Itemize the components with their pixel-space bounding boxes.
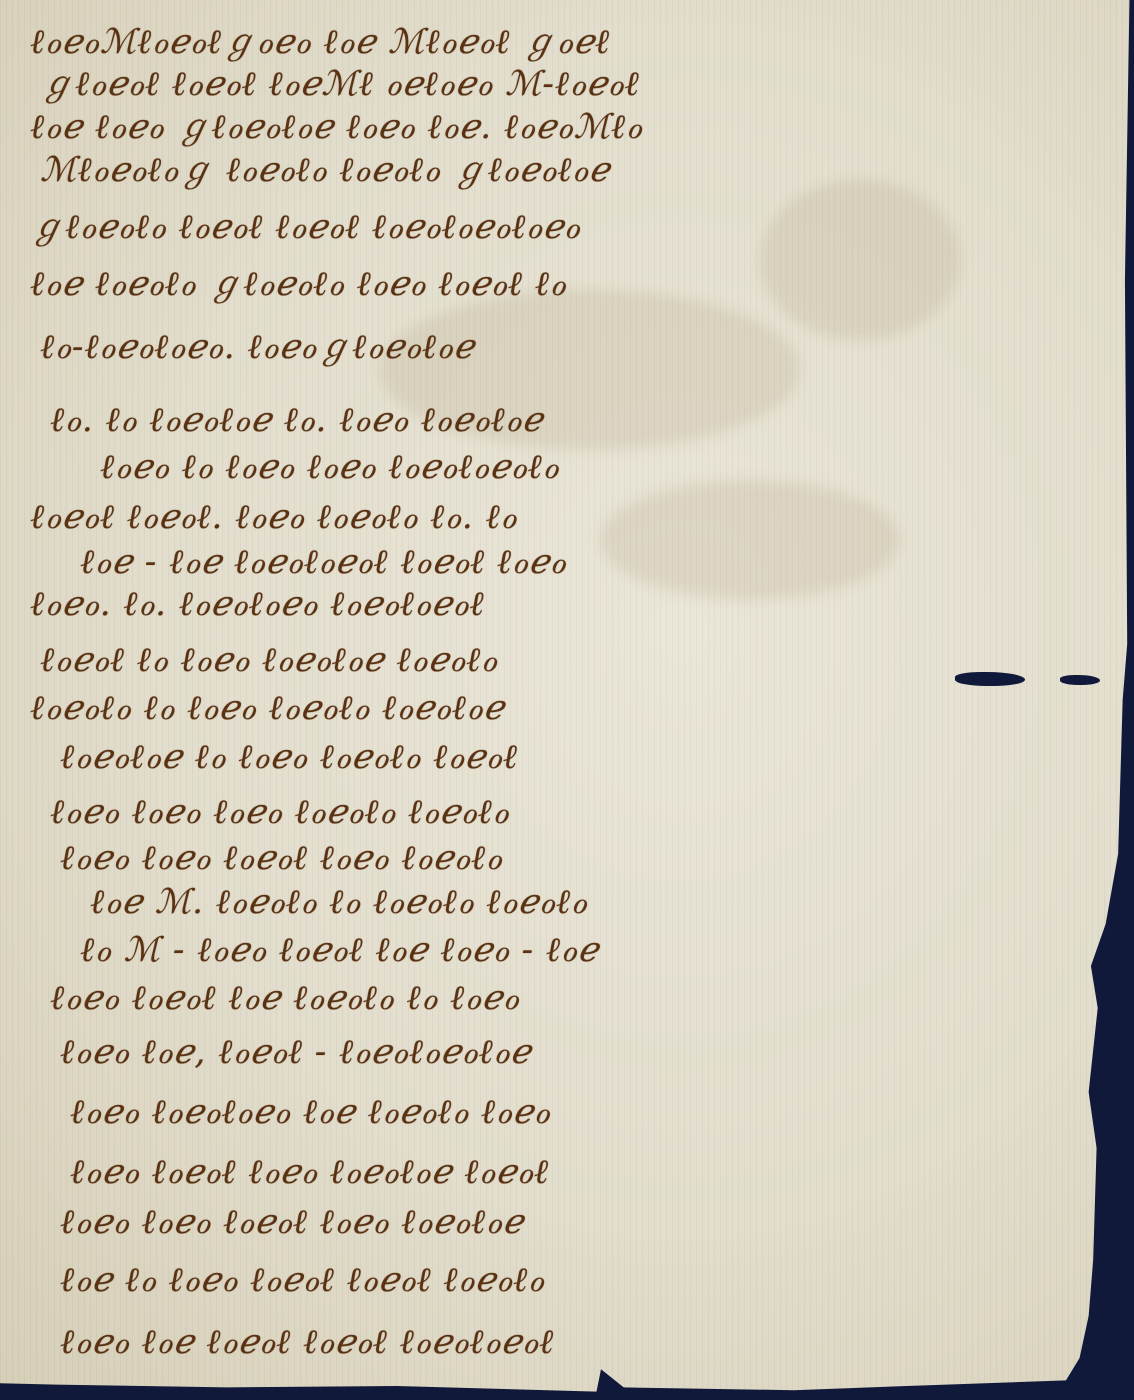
- handwritten-text: ℓℴℯ ℳ. ℓℴℯℴℓℴ ℓℴ ℓℴℯℴℓℴ ℓℴℯℴℓℴ: [90, 880, 1100, 924]
- handwritten-text: ℓℴ. ℓℴ ℓℴℯℴℓℴℯ ℓℴ. ℓℴℯℴ ℓℴℯℴℓℴℯ: [50, 398, 1100, 442]
- handwritten-line: ℓℴℯℴ. ℓℴ. ℓℴℯℴℓℴℯℴ ℓℴℯℴℓℴℯℴℓ: [0, 582, 1134, 626]
- handwritten-text: ℓℴℯℴℓℴ ℓℴ ℓℴℯℴ ℓℴℯℴℓℴ ℓℴℯℴℓℴℯ: [30, 686, 1110, 730]
- handwritten-text: ℓℴℯ ℓℴ ℓℴℯℴ ℓℴℯℴℓ ℓℴℯℴℓ ℓℴℯℴℓℴ: [60, 1258, 1110, 1302]
- handwritten-text: ℓℴ-ℓℴℯℴℓℴℯℴ. ℓℴℯℴℊℓℴℯℴℓℴℯ: [40, 325, 1100, 369]
- handwritten-line: ℓℴ-ℓℴℯℴℓℴℯℴ. ℓℴℯℴℊℓℴℯℴℓℴℯ: [0, 325, 1134, 369]
- handwritten-text: ℓℴℯℴℓ ℓℴℯℴℓ. ℓℴℯℴ ℓℴℯℴℓℴ ℓℴ. ℓℴ: [30, 495, 1100, 539]
- manuscript-page: ℓℴℯℴℳℓℴℯℴℓℊℴℯℴ ℓℴℯ ℳℓℴℯℴℓ ℊℴℯℓℊℓℴℯℴℓ ℓℴℯ…: [0, 0, 1134, 1400]
- handwritten-text: ℓℴℯℴ ℓℴℯℴ ℓℴℯℴ ℓℴℯℴℓℴ ℓℴℯℴℓℴ: [50, 790, 1100, 834]
- handwritten-line: ℳℓℴℯℴℓℴℊ ℓℴℯℴℓℴ ℓℴℯℴℓℴ ℊℓℴℯℴℓℴℯ: [0, 148, 1134, 192]
- handwritten-text: ℓℴℯℴ. ℓℴ. ℓℴℯℴℓℴℯℴ ℓℴℯℴℓℴℯℴℓ: [30, 582, 1090, 626]
- handwritten-line: ℓℴ ℳ - ℓℴℯℴ ℓℴℯℴℓ ℓℴℯ ℓℴℯℴ - ℓℴℯ: [0, 928, 1134, 972]
- handwritten-line: ℓℴℯℴ ℓℴℯℴℓℴℯℴ ℓℴℯ ℓℴℯℴℓℴ ℓℴℯℴ: [0, 1090, 1134, 1134]
- handwritten-text: ℓℴℯℴ ℓℴ ℓℴℯℴ ℓℴℯℴ ℓℴℯℴℓℴℯℴℓℴ: [100, 445, 1090, 489]
- handwritten-text: ℓℴℯℴ ℓℴℯℴ ℓℴℯℴℓ ℓℴℯℴ ℓℴℯℴℓℴℯ: [60, 1200, 1110, 1244]
- handwritten-line: ℓℴℯ ℓℴ ℓℴℯℴ ℓℴℯℴℓ ℓℴℯℴℓ ℓℴℯℴℓℴ: [0, 1258, 1134, 1302]
- handwritten-text: ℓℴℯℴ ℓℴℯℴℓ ℓℴℯ ℓℴℯℴℓℴ ℓℴ ℓℴℯℴ: [50, 976, 1090, 1020]
- handwritten-text: ℊℓℴℯℴℓℴ ℓℴℯℴℓ ℓℴℯℴℓ ℓℴℯℴℓℴℯℴℓℴℯℴ: [30, 205, 1110, 249]
- handwritten-text: ℳℓℴℯℴℓℴℊ ℓℴℯℴℓℴ ℓℴℯℴℓℴ ℊℓℴℯℴℓℴℯ: [40, 148, 1040, 192]
- handwritten-line: ℓℴℯℴ ℓℴℯ ℓℴℯℴℓ ℓℴℯℴℓ ℓℴℯℴℓℴℯℴℓ: [0, 1320, 1134, 1364]
- handwritten-line: ℓℴℯℴ ℓℴℯ, ℓℴℯℴℓ - ℓℴℯℴℓℴℯℴℓℴℯ: [0, 1030, 1134, 1074]
- handwritten-text: ℓℴ ℳ - ℓℴℯℴ ℓℴℯℴℓ ℓℴℯ ℓℴℯℴ - ℓℴℯ: [80, 928, 1100, 972]
- handwritten-line: ℓℴℯ - ℓℴℯ ℓℴℯℴℓℴℯℴℓ ℓℴℯℴℓ ℓℴℯℴ: [0, 540, 1134, 584]
- handwritten-line: ℓℴℯℴ ℓℴℯℴ ℓℴℯℴ ℓℴℯℴℓℴ ℓℴℯℴℓℴ: [0, 790, 1134, 834]
- handwritten-text: ℓℴℯℴ ℓℴℯ ℓℴℯℴℓ ℓℴℯℴℓ ℓℴℯℴℓℴℯℴℓ: [60, 1320, 1110, 1364]
- handwritten-text: ℓℴℯℴ ℓℴℯℴ ℓℴℯℴℓ ℓℴℯℴ ℓℴℯℴℓℴ: [60, 836, 1100, 880]
- handwritten-line: ℓℴℯℴℓℴ ℓℴ ℓℴℯℴ ℓℴℯℴℓℴ ℓℴℯℴℓℴℯ: [0, 686, 1134, 730]
- handwritten-text: ℓℴℯ - ℓℴℯ ℓℴℯℴℓℴℯℴℓ ℓℴℯℴℓ ℓℴℯℴ: [80, 540, 1100, 584]
- handwritten-line: ℓℴ. ℓℴ ℓℴℯℴℓℴℯ ℓℴ. ℓℴℯℴ ℓℴℯℴℓℴℯ: [0, 398, 1134, 442]
- handwritten-line: ℓℴℯℴℓ ℓℴ ℓℴℯℴ ℓℴℯℴℓℴℯ ℓℴℯℴℓℴ: [0, 638, 1134, 682]
- handwritten-line: ℓℴℯℴℳℓℴℯℴℓℊℴℯℴ ℓℴℯ ℳℓℴℯℴℓ ℊℴℯℓ: [0, 20, 1134, 64]
- handwritten-line: ℓℴℯℴ ℓℴℯℴ ℓℴℯℴℓ ℓℴℯℴ ℓℴℯℴℓℴ: [0, 836, 1134, 880]
- handwritten-text: ℓℴℯℴℓ ℓℴ ℓℴℯℴ ℓℴℯℴℓℴℯ ℓℴℯℴℓℴ: [40, 638, 1110, 682]
- ink-stain: [760, 180, 960, 340]
- handwritten-line: ℓℴℯ ℓℴℯℴ ℊℓℴℯℴℓℴℯ ℓℴℯℴ ℓℴℯ. ℓℴℯℴℳℓℴ: [0, 105, 1134, 149]
- handwritten-line: ℊℓℴℯℴℓ ℓℴℯℴℓ ℓℴℯℳℓ ℴℯℓℴℯℴ ℳ-ℓℴℯℴℓ: [0, 62, 1134, 106]
- handwritten-line: ℓℴℯℴℓℴℯ ℓℴ ℓℴℯℴ ℓℴℯℴℓℴ ℓℴℯℴℓ: [0, 735, 1134, 779]
- handwritten-line: ℓℴℯℴ ℓℴℯℴ ℓℴℯℴℓ ℓℴℯℴ ℓℴℯℴℓℴℯ: [0, 1200, 1134, 1244]
- handwritten-line: ℓℴℯ ℳ. ℓℴℯℴℓℴ ℓℴ ℓℴℯℴℓℴ ℓℴℯℴℓℴ: [0, 880, 1134, 924]
- handwritten-line: ℓℴℯℴ ℓℴℯℴℓ ℓℴℯ ℓℴℯℴℓℴ ℓℴ ℓℴℯℴ: [0, 976, 1134, 1020]
- handwritten-line: ℓℴℯℴℓ ℓℴℯℴℓ. ℓℴℯℴ ℓℴℯℴℓℴ ℓℴ. ℓℴ: [0, 495, 1134, 539]
- handwritten-text: ℊℓℴℯℴℓ ℓℴℯℴℓ ℓℴℯℳℓ ℴℯℓℴℯℴ ℳ-ℓℴℯℴℓ: [40, 62, 1040, 106]
- handwritten-text: ℓℴℯℴℓℴℯ ℓℴ ℓℴℯℴ ℓℴℯℴℓℴ ℓℴℯℴℓ: [60, 735, 1100, 779]
- handwritten-text: ℓℴℯ ℓℴℯℴ ℊℓℴℯℴℓℴℯ ℓℴℯℴ ℓℴℯ. ℓℴℯℴℳℓℴ: [30, 105, 1040, 149]
- handwritten-text: ℓℴℯℴℳℓℴℯℴℓℊℴℯℴ ℓℴℯ ℳℓℴℯℴℓ ℊℴℯℓ: [30, 20, 1090, 64]
- handwritten-text: ℓℴℯℴ ℓℴℯℴℓ ℓℴℯℴ ℓℴℯℴℓℴℯ ℓℴℯℴℓ: [70, 1150, 1110, 1194]
- handwritten-line: ℓℴℯℴ ℓℴℯℴℓ ℓℴℯℴ ℓℴℯℴℓℴℯ ℓℴℯℴℓ: [0, 1150, 1134, 1194]
- handwritten-text: ℓℴℯℴ ℓℴℯ, ℓℴℯℴℓ - ℓℴℯℴℓℴℯℴℓℴℯ: [60, 1030, 1100, 1074]
- handwritten-line: ℊℓℴℯℴℓℴ ℓℴℯℴℓ ℓℴℯℴℓ ℓℴℯℴℓℴℯℴℓℴℯℴ: [0, 205, 1134, 249]
- handwritten-text: ℓℴℯ ℓℴℯℴℓℴ ℊℓℴℯℴℓℴ ℓℴℯℴ ℓℴℯℴℓ ℓℴ: [30, 262, 1110, 306]
- handwritten-line: ℓℴℯℴ ℓℴ ℓℴℯℴ ℓℴℯℴ ℓℴℯℴℓℴℯℴℓℴ: [0, 445, 1134, 489]
- handwritten-text: ℓℴℯℴ ℓℴℯℴℓℴℯℴ ℓℴℯ ℓℴℯℴℓℴ ℓℴℯℴ: [70, 1090, 1100, 1134]
- handwritten-line: ℓℴℯ ℓℴℯℴℓℴ ℊℓℴℯℴℓℴ ℓℴℯℴ ℓℴℯℴℓ ℓℴ: [0, 262, 1134, 306]
